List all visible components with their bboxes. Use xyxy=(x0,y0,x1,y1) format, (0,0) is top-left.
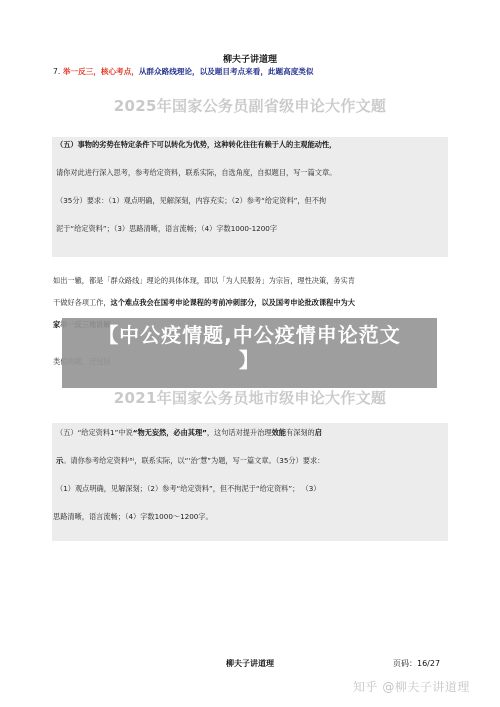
section1-heading: 2025年国家公务员副省级申论大作文题 xyxy=(0,95,500,116)
s2-l1-b: “物无妄然，必由其理” xyxy=(133,428,207,437)
title-overlay-banner: 【中公疫情题,中公疫情申论范文 】 xyxy=(62,318,437,388)
section2-line-2: 示。请你参考给定资料⁽⁸⁾，联系实际，以“‘治’慧”为题，写一篇文章。（35分）… xyxy=(56,456,324,466)
section1-line-4: 泥于“给定资料”；（3）思路清晰，语言流畅；（4）字数1000-1200字 xyxy=(56,224,277,234)
s2-l1-a: （五）“给定资料1”中说 xyxy=(56,428,133,437)
section1-line-3: （35分）要求：（1）观点明确，见解深刻，内容充实；（2）参考“给定资料”，但不… xyxy=(56,196,326,206)
section2-question-box xyxy=(52,423,448,541)
zhihu-watermark: 知乎 @柳夫子讲道理 xyxy=(353,678,470,695)
section1-line-2: 请你对此进行深入思考，参考给定资料，联系实际，自选角度，自拟题目，写一篇文章。 xyxy=(56,168,336,178)
intro-number: 7. xyxy=(53,67,60,76)
overlay-title-line-1: 【中公疫情题,中公疫情申论范文 xyxy=(62,323,437,348)
s2-l1-e: 有深刻的 xyxy=(286,428,315,437)
intro-blue-text: 从群众路线理论，以及题目考点来看，此题高度类似 xyxy=(139,67,314,76)
s2-l1-c: ，这句话对提升治理 xyxy=(207,428,272,437)
body-line-2: 干做好各项工作，这个难点我会在国考申论课程的考前冲刺部分，以及国考申论批改课程中… xyxy=(53,298,355,308)
s2-l1-d: 效能 xyxy=(272,428,286,437)
overlay-title-line-2: 】 xyxy=(62,348,437,373)
section2-line-3: （1）观点明确，见解深刻；（2）参考“给定资料”，但不拘泥于“给定资料”； （3… xyxy=(56,484,321,494)
s2-l2-b: 。请你参考给定资料⁽⁸⁾，联系实际，以“‘治’慧”为题，写一篇文章。（35分）要… xyxy=(63,456,324,465)
page-number: 页码：16/27 xyxy=(393,658,440,669)
page-header-title: 柳夫子讲道理 xyxy=(0,52,500,65)
body-line-2-bold: 这个难点我会在国考申论课程的考前冲刺部分，以及国考申论批改课程中为大 xyxy=(111,298,355,307)
body-line-1: 如出一辙，都是「群众路线」理论的具体体现，即以「为人民服务」为宗旨，理性决策，务… xyxy=(53,276,355,286)
intro-line: 7. 举一反三，核心考点，从群众路线理论，以及题目考点来看，此题高度类似 xyxy=(53,66,314,77)
section2-line-4: 思路清晰，语言流畅；（4）字数1000～1200字。 xyxy=(53,512,213,522)
s2-l1-f: 启 xyxy=(315,428,322,437)
section2-line-1: （五）“给定资料1”中说“物无妄然，必由其理”，这句话对提升治理效能有深刻的启 xyxy=(56,428,322,438)
section2-heading: 2021年国家公务员地市级申论大作文题 xyxy=(0,387,500,408)
intro-red-text: 举一反三，核心考点， xyxy=(63,67,139,76)
section1-line-1: （五）事物的劣势在特定条件下可以转化为优势，这种转化往往有赖于人的主观能动性， xyxy=(56,140,336,150)
body-line-2-normal: 干做好各项工作， xyxy=(53,298,111,307)
